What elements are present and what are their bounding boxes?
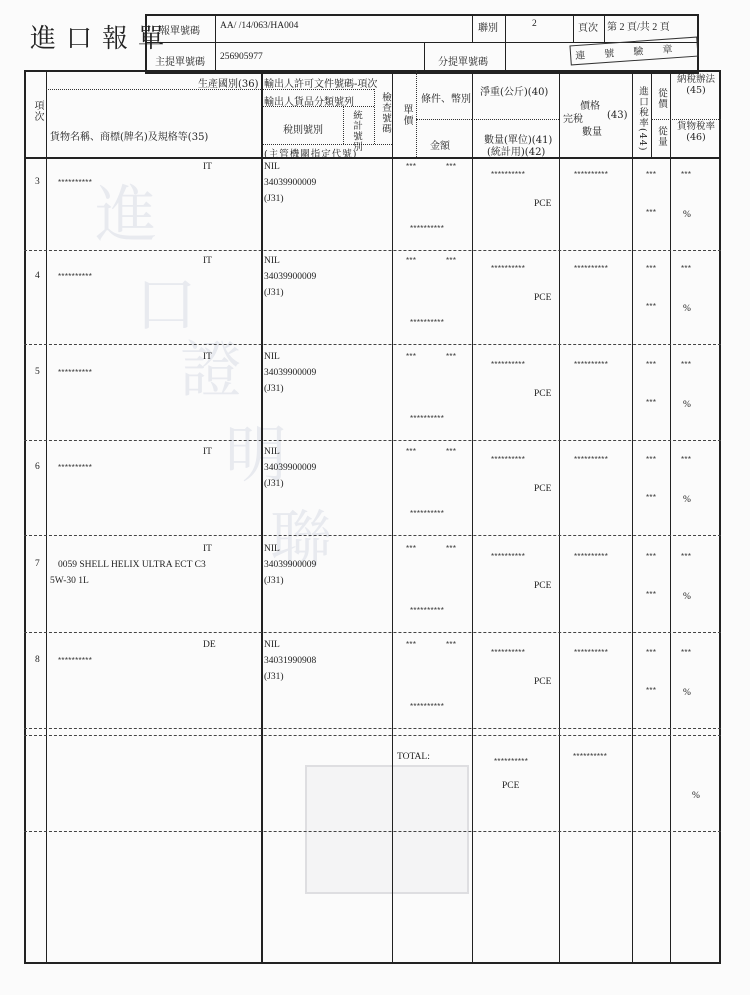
goods-description: **********	[58, 178, 92, 187]
tariff-no: 34039900009	[264, 178, 316, 188]
goods-description: **********	[58, 368, 92, 377]
col-quantity-stat: (統計用)(42)	[487, 143, 545, 158]
import-rate: ***	[646, 648, 656, 657]
col-ad-valorem: 從價	[654, 88, 668, 109]
net-weight: **********	[491, 455, 525, 464]
trade-term: ***	[406, 256, 416, 265]
col-duty-basis: 完稅	[563, 110, 583, 125]
origin-country: DE	[203, 640, 216, 650]
goods-tax-rate: %	[683, 210, 691, 220]
quantity-unit: PCE	[534, 199, 551, 209]
row-divider	[24, 344, 721, 345]
declaration-no: AA/ /14/063/HA004	[220, 21, 298, 31]
col-amount: 金額	[430, 137, 450, 152]
col-check-code: 檢查號碼	[378, 92, 392, 134]
origin-country: IT	[203, 256, 212, 266]
goods-tax-rate: %	[683, 304, 691, 314]
import-rate-specific: ***	[646, 686, 656, 695]
duty-value: **********	[574, 648, 608, 657]
tax-method: ***	[681, 170, 691, 179]
copy-label: 聯別	[478, 19, 498, 34]
quantity-unit: PCE	[534, 677, 551, 687]
tariff-no: 34031990908	[264, 656, 316, 666]
duty-value: **********	[574, 360, 608, 369]
tax-method: ***	[681, 648, 691, 657]
trade-term: ***	[406, 640, 416, 649]
total-unit: PCE	[502, 781, 519, 791]
declaration-no-label: 報單號碼	[160, 22, 200, 37]
import-rate-specific: ***	[646, 590, 656, 599]
origin-country: IT	[203, 162, 212, 172]
goods-tax-rate: %	[683, 592, 691, 602]
goods-description: **********	[58, 656, 92, 665]
col-export-class: 輸出人貨品分類號列	[264, 93, 354, 108]
tax-method: ***	[681, 552, 691, 561]
amount: **********	[410, 702, 444, 711]
page-value: 第 2 頁/共 2 頁	[607, 18, 670, 33]
amount: **********	[410, 606, 444, 615]
master-bl-label: 主提單號碼	[155, 53, 205, 68]
col-goods-tax-rate: 貨物稅率(46)	[674, 121, 718, 143]
col-import-rate: 進口稅率(44)	[635, 86, 649, 152]
col-item-no: 項次	[30, 100, 45, 122]
origin-country: IT	[203, 352, 212, 362]
currency: ***	[446, 256, 456, 265]
export-permit: NIL	[264, 162, 280, 172]
export-permit: NIL	[264, 352, 280, 362]
goods-description-line2: 5W-30 1L	[50, 576, 89, 586]
tax-method: ***	[681, 360, 691, 369]
col-tax-method: 納稅辦法(45)	[674, 74, 718, 96]
trade-term: ***	[406, 352, 416, 361]
currency: ***	[446, 352, 456, 361]
row-divider	[24, 440, 721, 441]
total-duty-value: **********	[573, 752, 607, 761]
import-rate: ***	[646, 264, 656, 273]
duty-value: **********	[574, 552, 608, 561]
quantity-unit: PCE	[534, 293, 551, 303]
row-divider	[24, 728, 721, 729]
quantity-unit: PCE	[534, 581, 551, 591]
quantity-unit: PCE	[534, 484, 551, 494]
total-net-weight: **********	[494, 757, 528, 766]
import-rate: ***	[646, 360, 656, 369]
amount: **********	[410, 318, 444, 327]
authority-code: (J31)	[264, 576, 284, 586]
col-net-weight: 淨重(公斤)(40)	[480, 83, 548, 98]
export-permit: NIL	[264, 640, 280, 650]
col-goods-desc: 貨物名稱、商標(牌名)及規格等(35)	[50, 128, 208, 143]
import-rate-specific: ***	[646, 208, 656, 217]
item-no: 4	[35, 271, 40, 281]
amount: **********	[410, 509, 444, 518]
col-tariff-no: 稅則號別	[283, 121, 323, 136]
import-rate: ***	[646, 455, 656, 464]
row-divider	[24, 250, 721, 251]
tariff-no: 34039900009	[264, 560, 316, 570]
row-divider	[24, 535, 721, 536]
house-bl-label: 分提單號碼	[438, 53, 488, 68]
goods-description: **********	[58, 463, 92, 472]
col-unit-price: 單價	[399, 104, 414, 126]
goods-tax-rate: %	[683, 400, 691, 410]
currency: ***	[446, 162, 456, 171]
col-terms-currency: 條件、幣別	[421, 90, 471, 105]
amount: **********	[410, 414, 444, 423]
goods-tax-rate: %	[683, 688, 691, 698]
col-specific: 從量	[654, 126, 668, 147]
export-permit: NIL	[264, 544, 280, 554]
import-rate-specific: ***	[646, 493, 656, 502]
item-no: 7	[35, 559, 40, 569]
net-weight: **********	[491, 170, 525, 179]
import-rate: ***	[646, 170, 656, 179]
trade-term: ***	[406, 447, 416, 456]
import-rate: ***	[646, 552, 656, 561]
col-duty-qty: 數量	[582, 123, 602, 138]
authority-code: (J31)	[264, 288, 284, 298]
total-goods-tax: %	[692, 791, 700, 801]
duty-value: **********	[574, 264, 608, 273]
net-weight: **********	[491, 552, 525, 561]
total-label: TOTAL:	[397, 752, 430, 762]
page-label: 頁次	[578, 19, 598, 34]
col-duty-price: 價格	[580, 97, 600, 112]
origin-country: IT	[203, 447, 212, 457]
currency: ***	[446, 640, 456, 649]
net-weight: **********	[491, 360, 525, 369]
export-permit: NIL	[264, 447, 280, 457]
tax-method: ***	[681, 455, 691, 464]
copy-value: 2	[532, 19, 537, 29]
col-authority-code: (主管機關指定代號)	[264, 146, 357, 160]
authority-code: (J31)	[264, 672, 284, 682]
authority-code: (J31)	[264, 194, 284, 204]
duty-value: **********	[574, 170, 608, 179]
tariff-no: 34039900009	[264, 368, 316, 378]
currency: ***	[446, 544, 456, 553]
col-duty-code: (43)	[607, 110, 628, 121]
col-export-permit: 輸出人許可文件號碼-項次	[264, 75, 377, 90]
net-weight: **********	[491, 648, 525, 657]
items-table	[24, 70, 721, 964]
item-no: 3	[35, 177, 40, 187]
net-weight: **********	[491, 264, 525, 273]
item-no: 8	[35, 655, 40, 665]
col-origin-country: 生產國別(36)	[198, 75, 259, 90]
import-rate-specific: ***	[646, 302, 656, 311]
goods-description: 0059 SHELL HELIX ULTRA ECT C3	[58, 560, 206, 570]
currency: ***	[446, 447, 456, 456]
goods-description: **********	[58, 272, 92, 281]
trade-term: ***	[406, 544, 416, 553]
import-rate-specific: ***	[646, 398, 656, 407]
row-divider	[24, 632, 721, 633]
item-no: 6	[35, 462, 40, 472]
master-bl: 256905977	[220, 52, 263, 62]
tax-method: ***	[681, 264, 691, 273]
quantity-unit: PCE	[534, 389, 551, 399]
origin-country: IT	[203, 544, 212, 554]
authority-code: (J31)	[264, 384, 284, 394]
duty-value: **********	[574, 455, 608, 464]
amount: **********	[410, 224, 444, 233]
tariff-no: 34039900009	[264, 272, 316, 282]
export-permit: NIL	[264, 256, 280, 266]
trade-term: ***	[406, 162, 416, 171]
item-no: 5	[35, 367, 40, 377]
authority-code: (J31)	[264, 479, 284, 489]
tariff-no: 34039900009	[264, 463, 316, 473]
goods-tax-rate: %	[683, 495, 691, 505]
